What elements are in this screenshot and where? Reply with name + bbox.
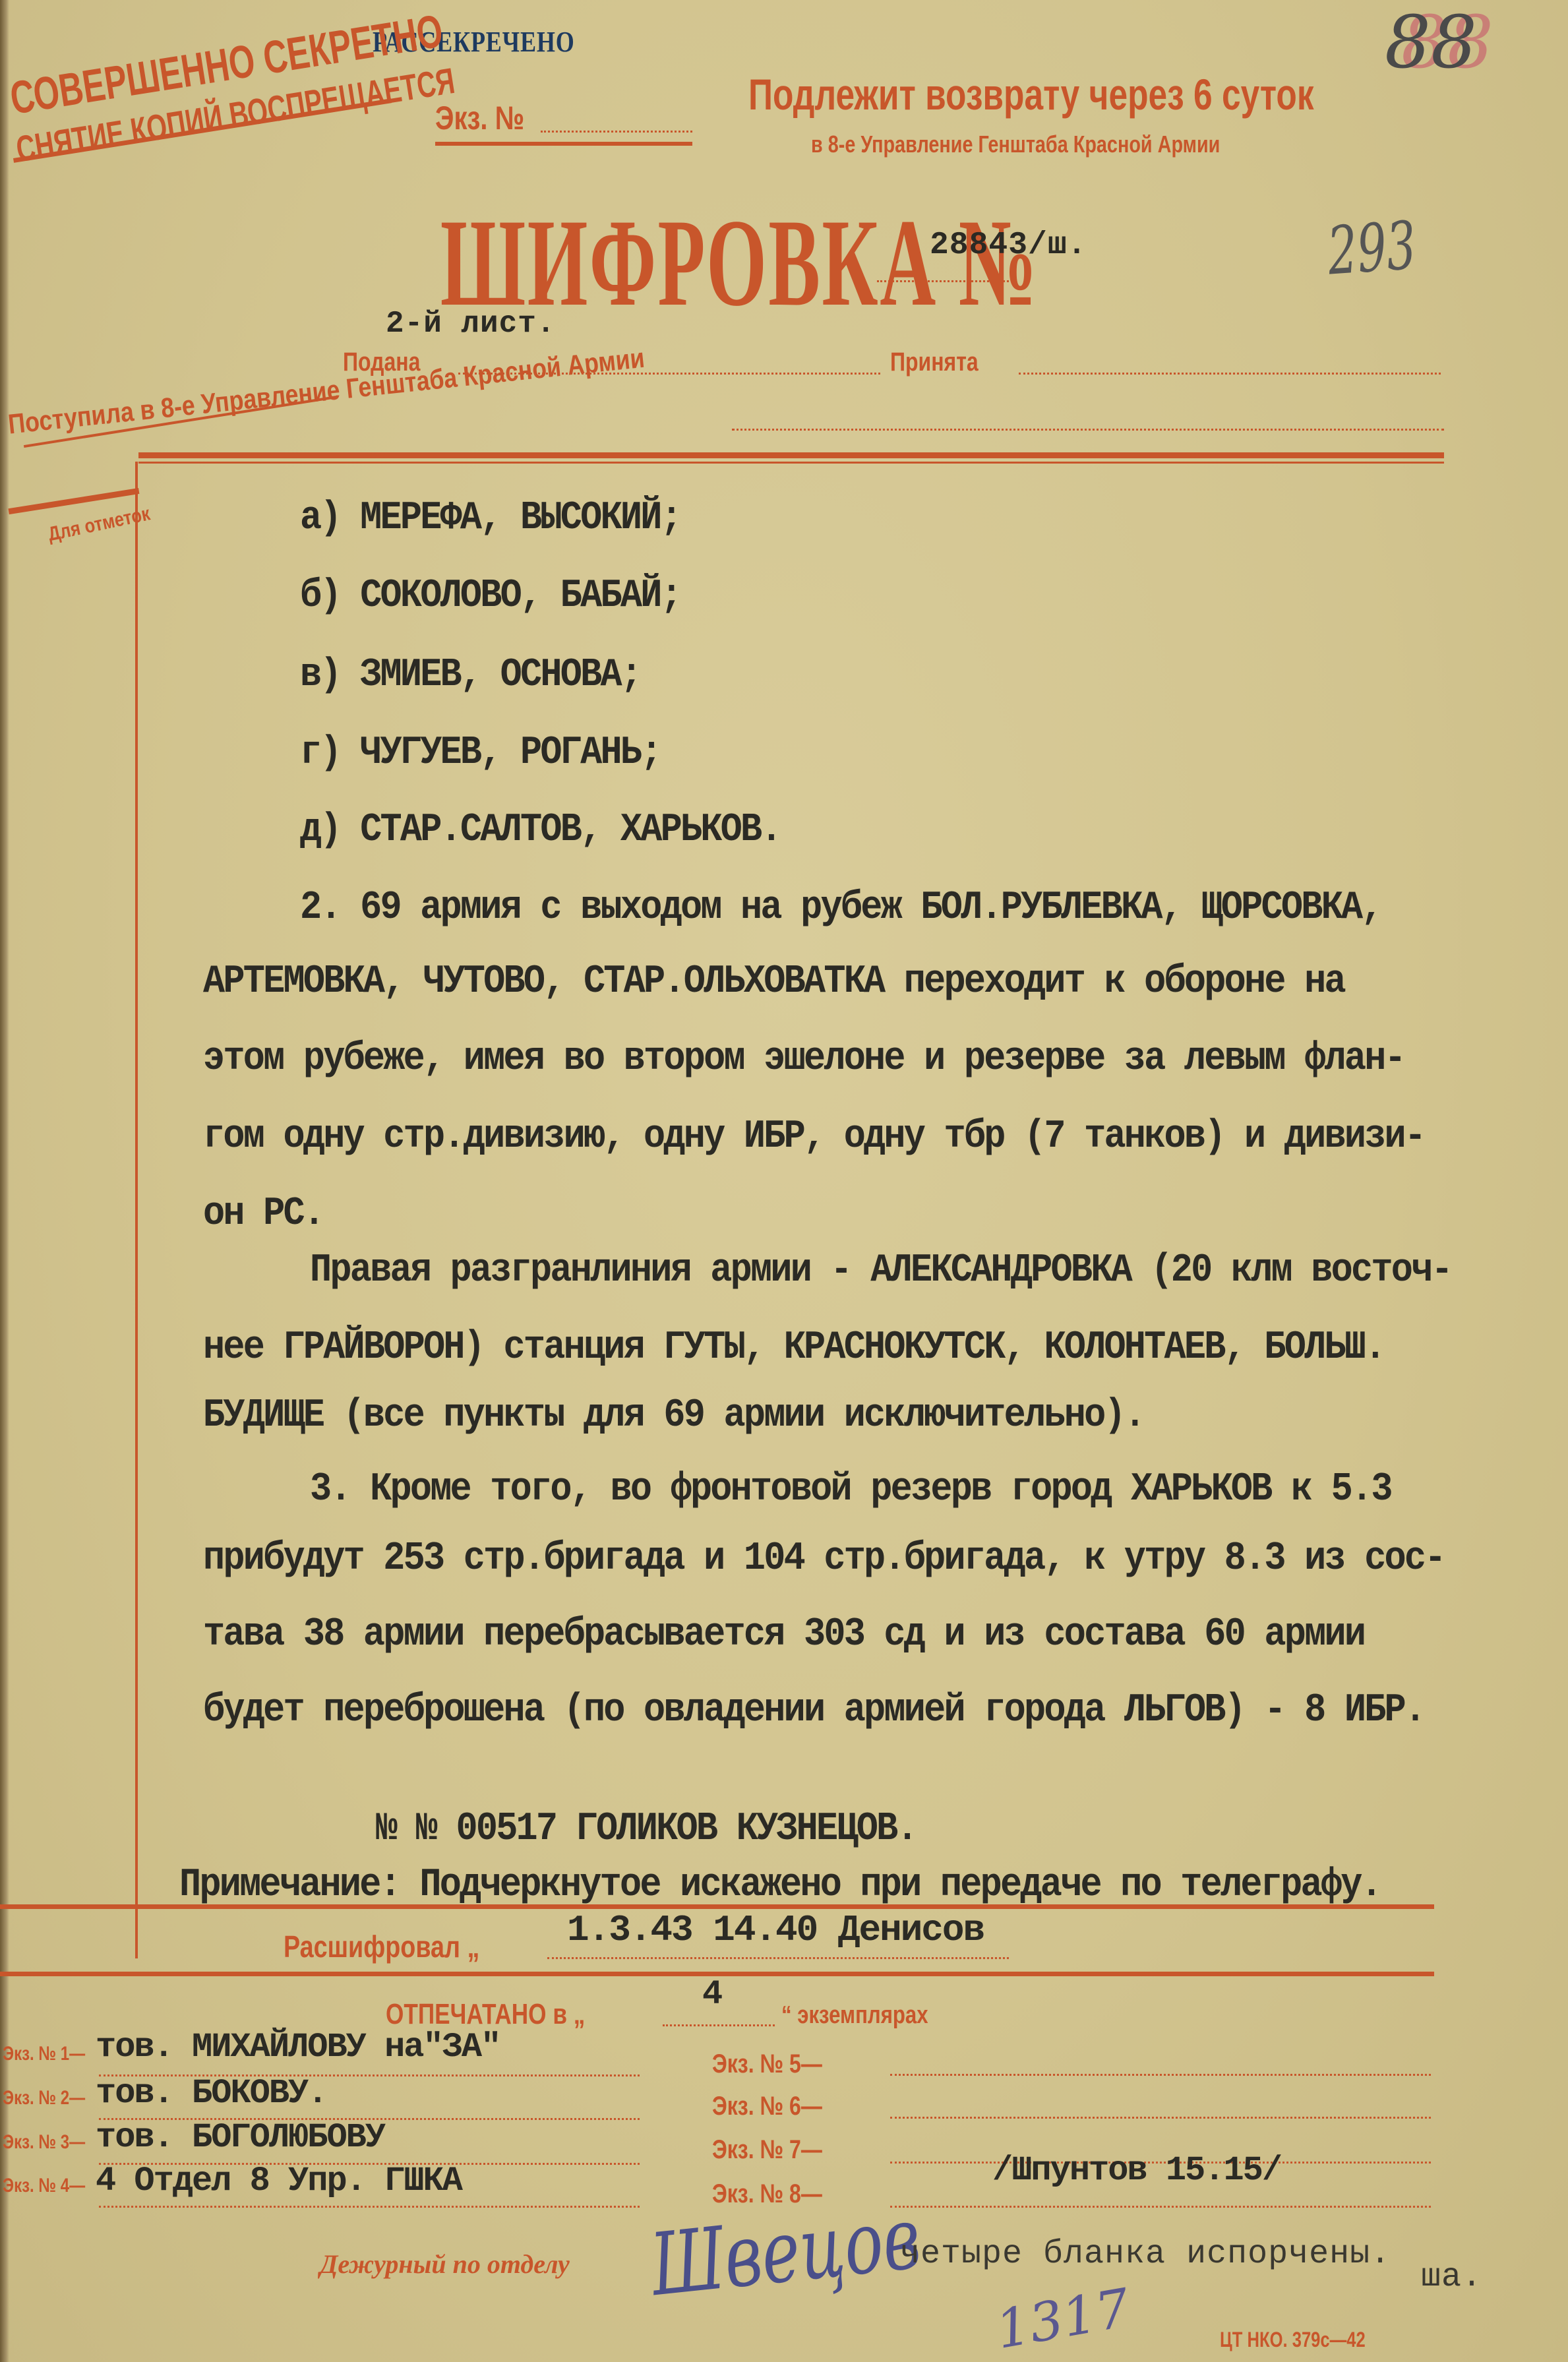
body-line: в) ЗМИЕВ, ОСНОВА; — [300, 653, 640, 698]
decoded-value: 1.3.43 14.40 Денисов — [567, 1909, 984, 1951]
handwritten-time: 1317 — [991, 2277, 1134, 2361]
handwritten-corner-mark: 88 — [1385, 0, 1477, 84]
body-line: а) МЕРЕФА, ВЫСОКИЙ; — [300, 496, 680, 541]
cipher-number: 28843/ш. — [930, 227, 1087, 263]
body-line: д) СТАР.САЛТОВ, ХАРЬКОВ. — [300, 808, 781, 853]
body-line: он РС. — [203, 1192, 323, 1236]
copy-7-label: Экз. № 7— — [712, 2135, 822, 2165]
printed-count: 4 — [702, 1975, 723, 2014]
copy-3-label: Экз. № 3— — [3, 2131, 85, 2154]
received-field — [732, 429, 1444, 431]
return-notice: Подлежит возврату через 6 суток — [748, 69, 1314, 119]
printed-label: ОТПЕЧАТАНО в „ — [386, 1998, 585, 2031]
return-destination: в 8-е Управление Генштаба Красной Армии — [811, 131, 1220, 158]
cipher-document-page: РАССЕКРЕЧЕНО 88 88 СОВЕРШЕННО СЕКРЕТНО С… — [0, 0, 1568, 2362]
printed-suffix: “ экземплярах — [781, 2001, 928, 2030]
header-bottom-rule — [138, 452, 1444, 458]
copy-number-label: Экз. № — [435, 99, 524, 137]
copy-5-line — [890, 2074, 1431, 2076]
duty-officer-label: Дежурный по отделу — [320, 2249, 570, 2280]
copy-4-label: Экз. № 4— — [3, 2175, 85, 2197]
binding-edge — [0, 0, 9, 2362]
copy-1-recipient: тов. МИХАЙЛОВУ на"ЗА" — [96, 2028, 500, 2067]
body-line: будет переброшена (по овладении армией г… — [203, 1688, 1424, 1733]
received-label: Поступила в 8-е Управление Генштаба Крас… — [7, 342, 646, 440]
copy-1-label: Экз. № 1— — [3, 2043, 85, 2065]
decoded-field — [547, 1957, 1009, 1959]
copy-4-recipient: 4 Отдел 8 Упр. ГШКА — [96, 2162, 462, 2200]
body-line: этом рубеже, имея во втором эшелоне и ре… — [203, 1037, 1404, 1081]
body-line: БУДИЩЕ (все пункты для 69 армии исключит… — [203, 1393, 1144, 1438]
body-line: тава 38 армии перебрасывается 303 сд и и… — [203, 1612, 1364, 1657]
cipher-number-line — [877, 280, 1009, 282]
body-line: прибудут 253 стр.бригада и 104 стр.брига… — [203, 1536, 1445, 1581]
sheet-number: 2-й лист. — [386, 307, 555, 341]
header-bottom-rule-thin — [138, 462, 1444, 464]
body-line: б) СОКОЛОВО, БАБАЙ; — [300, 574, 680, 619]
body-line: АРТЕМОВКА, ЧУТОВО, СТАР.ОЛЬХОВАТКА перех… — [203, 959, 1344, 1004]
handwritten-page-number: 293 — [1325, 206, 1418, 289]
copy-4-line — [99, 2206, 640, 2208]
copy-8-line — [890, 2206, 1431, 2208]
copy-2-label: Экз. № 2— — [3, 2087, 85, 2109]
form-code: ЦТ НКО. 379с—42 — [1220, 2328, 1366, 2352]
spoiled-forms-initials: ша. — [1421, 2258, 1482, 2296]
body-line: 2. 69 армия с выходом на рубеж БОЛ.РУБЛЕ… — [300, 886, 1381, 930]
typist-mark: /Шпунтов 15.15/ — [992, 2151, 1281, 2190]
body-line: 3. Кроме того, во фронтовой резерв город… — [310, 1467, 1391, 1512]
accepted-label: Принята — [890, 348, 979, 377]
copy-3-recipient: тов. БОГОЛЮБОВУ — [96, 2118, 384, 2157]
copy-6-label: Экз. № 6— — [712, 2092, 822, 2121]
note-line: Примечание: Подчеркнутое искажено при пе… — [179, 1863, 1381, 1908]
margin-vertical-rule — [135, 462, 138, 1958]
body-line: нее ГРАЙВОРОН) станция ГУТЫ, КРАСНОКУТСК… — [203, 1325, 1385, 1370]
accepted-field — [1019, 373, 1441, 375]
printed-count-field — [663, 2024, 775, 2026]
footer-top-rule — [0, 1904, 1434, 1909]
copy-number-underline — [435, 142, 692, 146]
copy-5-label: Экз. № 5— — [712, 2049, 822, 2079]
copy-number-field — [541, 131, 692, 133]
decoded-label: Расшифровал „ — [284, 1929, 479, 1964]
copy-6-line — [890, 2117, 1431, 2119]
body-line: г) ЧУГУЕВ, РОГАНЬ; — [300, 731, 661, 775]
signature-line: № № 00517 ГОЛИКОВ КУЗНЕЦОВ. — [376, 1807, 917, 1852]
body-line: Правая разгранлиния армии - АЛЕКСАНДРОВК… — [310, 1248, 1451, 1293]
body-line: гом одну стр.дивизию, одну ИБР, одну тбр… — [203, 1114, 1424, 1159]
copy-2-recipient: тов. БОКОВУ. — [96, 2074, 326, 2113]
handwritten-signature: Швецов — [646, 2187, 925, 2315]
spoiled-forms-note: четыре бланка испорчены. — [900, 2235, 1391, 2273]
